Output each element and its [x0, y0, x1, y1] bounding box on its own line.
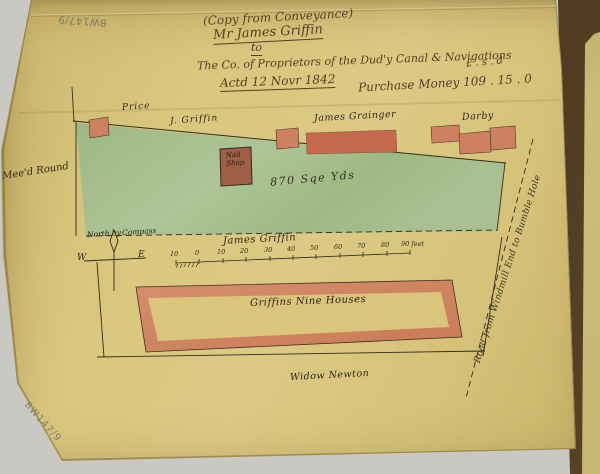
scale-tick-label: 30 — [264, 246, 272, 254]
scale-bar-hatching — [176, 263, 198, 268]
scale-tick-label: 60 — [334, 243, 342, 251]
lower-parcel-west-line — [97, 262, 104, 357]
scale-tick-label: 50 — [310, 244, 318, 252]
owner-label-darby: Darby — [462, 110, 494, 123]
map-sheet: (Copy from Conveyance) Mr James Griffin … — [0, 0, 600, 474]
scale-tick-label: 0 — [195, 249, 199, 257]
compass-east-label: E — [138, 250, 145, 260]
compass-west-east-line — [84, 258, 146, 261]
building-darby-3 — [490, 126, 516, 150]
owner-label-price: Price — [122, 101, 151, 113]
scanned-plan-document: (Copy from Conveyance) Mr James Griffin … — [0, 0, 600, 474]
building-darby-1 — [431, 125, 460, 143]
scale-tick-label: 70 — [357, 242, 365, 250]
building-price — [89, 117, 109, 138]
header-to: to — [251, 41, 262, 56]
scale-tick-label: 10 — [170, 250, 178, 258]
scale-tick-label: 40 — [287, 245, 295, 253]
nail-shop-label: Nail Shop — [226, 151, 245, 168]
boundary-stub-line — [72, 87, 74, 122]
building-darby-2 — [459, 131, 491, 154]
scale-end-label: 90 feet — [401, 240, 424, 248]
scale-tick-label: 20 — [240, 247, 248, 255]
nail-shop-label-line2: Shop — [226, 159, 244, 168]
scale-tick-label: 10 — [217, 248, 225, 256]
building-james-grainger — [306, 130, 397, 154]
compass-west-label: W — [77, 253, 86, 263]
building-j-griffin — [276, 128, 299, 149]
scale-tick-label: 80 — [381, 241, 389, 249]
